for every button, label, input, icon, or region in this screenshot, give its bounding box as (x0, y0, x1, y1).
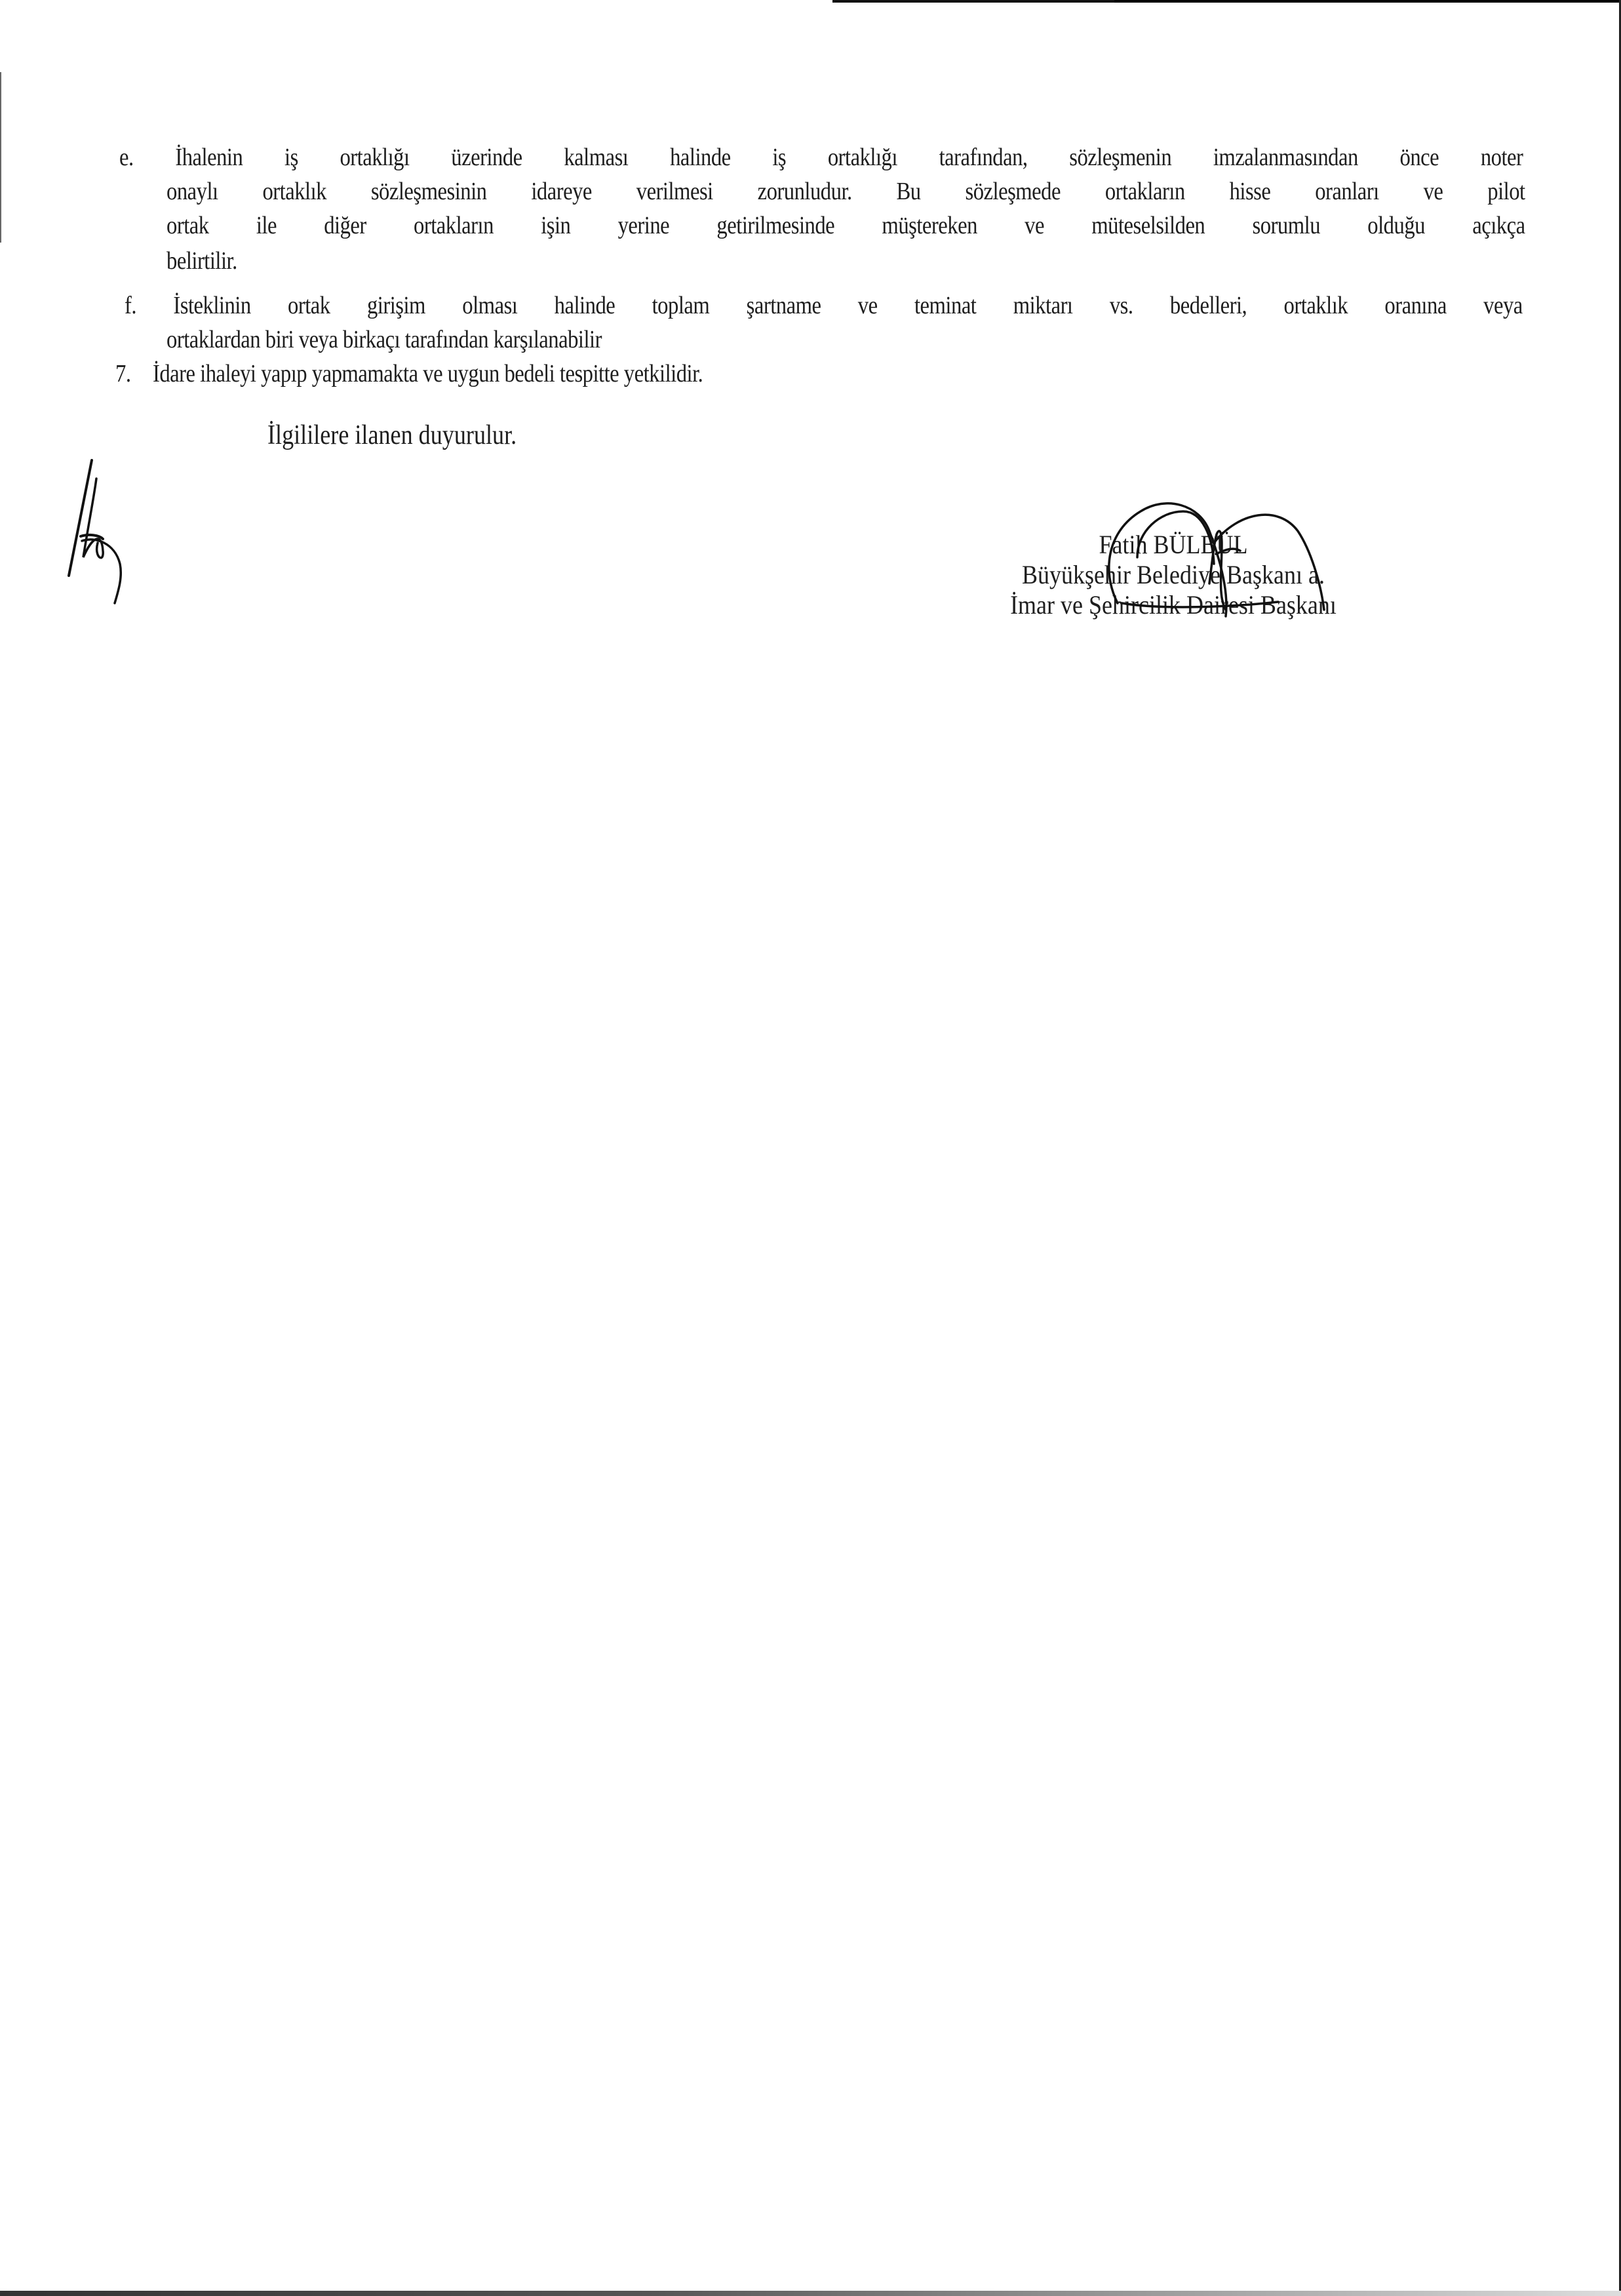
item-e-line-1: e. İhalenin iş ortaklığı üzerinde kalmas… (119, 140, 1523, 174)
item-f-line-1: f. İsteklinin ortak girişim olması halin… (125, 288, 1523, 323)
item-e-line-2: onaylı ortaklık sözleşmesinin idareye ve… (166, 174, 1525, 208)
scan-edge-bottom (0, 2291, 1621, 2296)
item-7-marker: 7. (115, 357, 130, 391)
closing-statement: İlgililere ilanen duyurulur. (267, 418, 517, 452)
item-f-line-2: ortaklardan biri veya birkaçı tarafından… (166, 323, 602, 357)
item-f-marker: f. (125, 288, 136, 323)
item-e-line-4: belirtilir. (166, 244, 237, 278)
item-e-line-3: ortak ile diğer ortakların işin yerine g… (166, 208, 1525, 243)
item-e-marker: e. (119, 140, 134, 174)
item-7-text-1: İdare ihaleyi yapıp yapmamakta ve uygun … (153, 360, 703, 387)
handwritten-signature-icon (1062, 492, 1390, 629)
scan-edge-left (0, 72, 1, 243)
item-e-text-1: İhalenin iş ortaklığı üzerinde kalması h… (175, 144, 1523, 171)
item-7-line-1: 7. İdare ihaleyi yapıp yapmamakta ve uyg… (115, 357, 703, 391)
item-f-text-1: İsteklinin ortak girişim olması halinde … (173, 292, 1522, 319)
initials-signature-icon (62, 459, 161, 610)
scan-edge-top-dark (1114, 0, 1621, 3)
